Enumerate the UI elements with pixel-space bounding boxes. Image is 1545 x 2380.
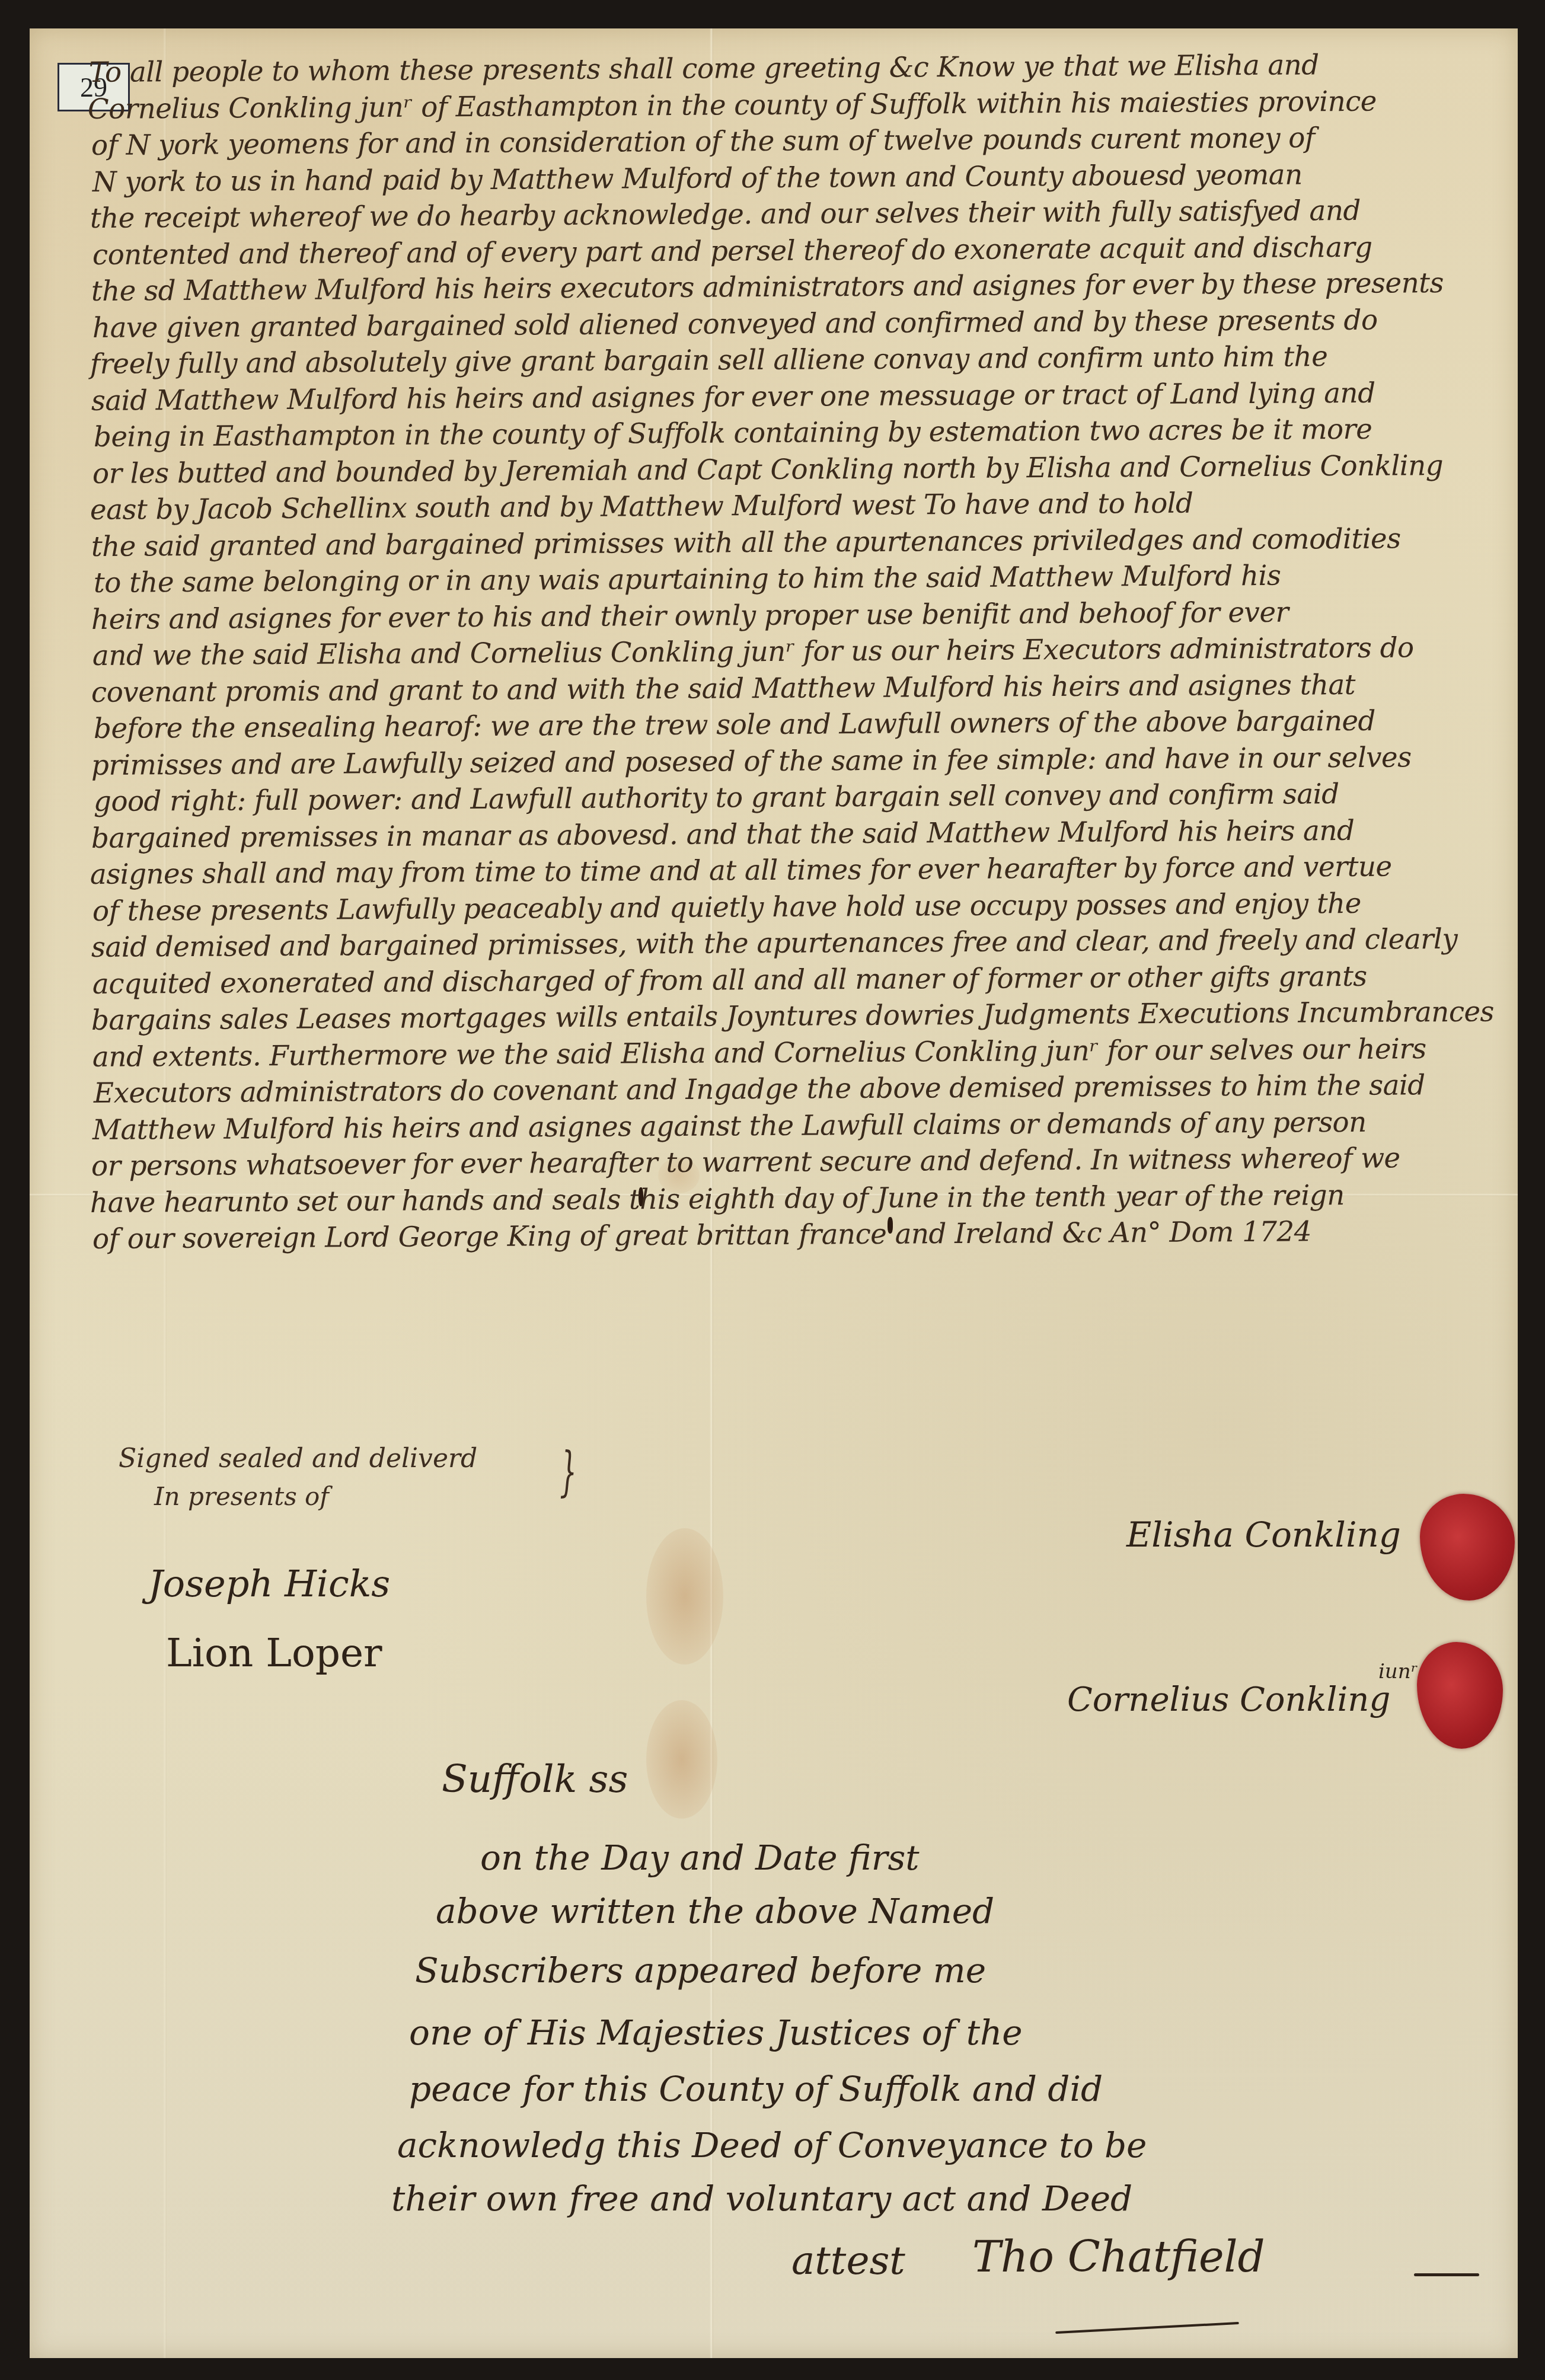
witness-signature-lion-loper: Lion Loper — [166, 1630, 382, 1676]
water-stain-upper — [646, 1528, 723, 1665]
acknowledgment-line-7: their own free and voluntary act and Dee… — [391, 2178, 1132, 2219]
signature-flourish-dash — [1414, 2273, 1479, 2276]
acknowledgment-line-4: one of His Majesties Justices of the — [409, 2012, 1023, 2053]
attestation-in-presence-of: In presents of — [154, 1482, 329, 1511]
acknowledgment-line-6: acknowledg this Deed of Conveyance to be — [397, 2125, 1147, 2165]
signature-cornelius-conkling: Cornelius Conkling — [1067, 1681, 1390, 1719]
water-stain-lower — [646, 1700, 717, 1819]
witness-signature-joseph-hicks: Joseph Hicks — [148, 1562, 390, 1605]
acknowledgment-line-2: above written the above Named — [436, 1891, 994, 1931]
acknowledgment-line-5: peace for this County of Suffolk and did — [409, 2069, 1103, 2109]
attestation-signed-sealed: Signed sealed and deliverd — [119, 1443, 477, 1474]
acknowledgment-line-1: on the Day and Date first — [480, 1838, 920, 1878]
brace-glyph: } — [560, 1440, 577, 1503]
deed-body: To all people to whom these presents sha… — [89, 55, 1512, 1258]
acknowledgment-heading: Suffolk ss — [442, 1758, 628, 1801]
acknowledgment-line-3: Subscribers appeared before me — [415, 1950, 986, 1991]
justice-signature-tho-chatfield: Tho Chatfield — [972, 2232, 1265, 2282]
attest-label: attest — [791, 2238, 905, 2283]
signature-suffix-junior: iunʳ — [1378, 1660, 1418, 1683]
signature-elisha-conkling: Elisha Conkling — [1126, 1515, 1401, 1555]
